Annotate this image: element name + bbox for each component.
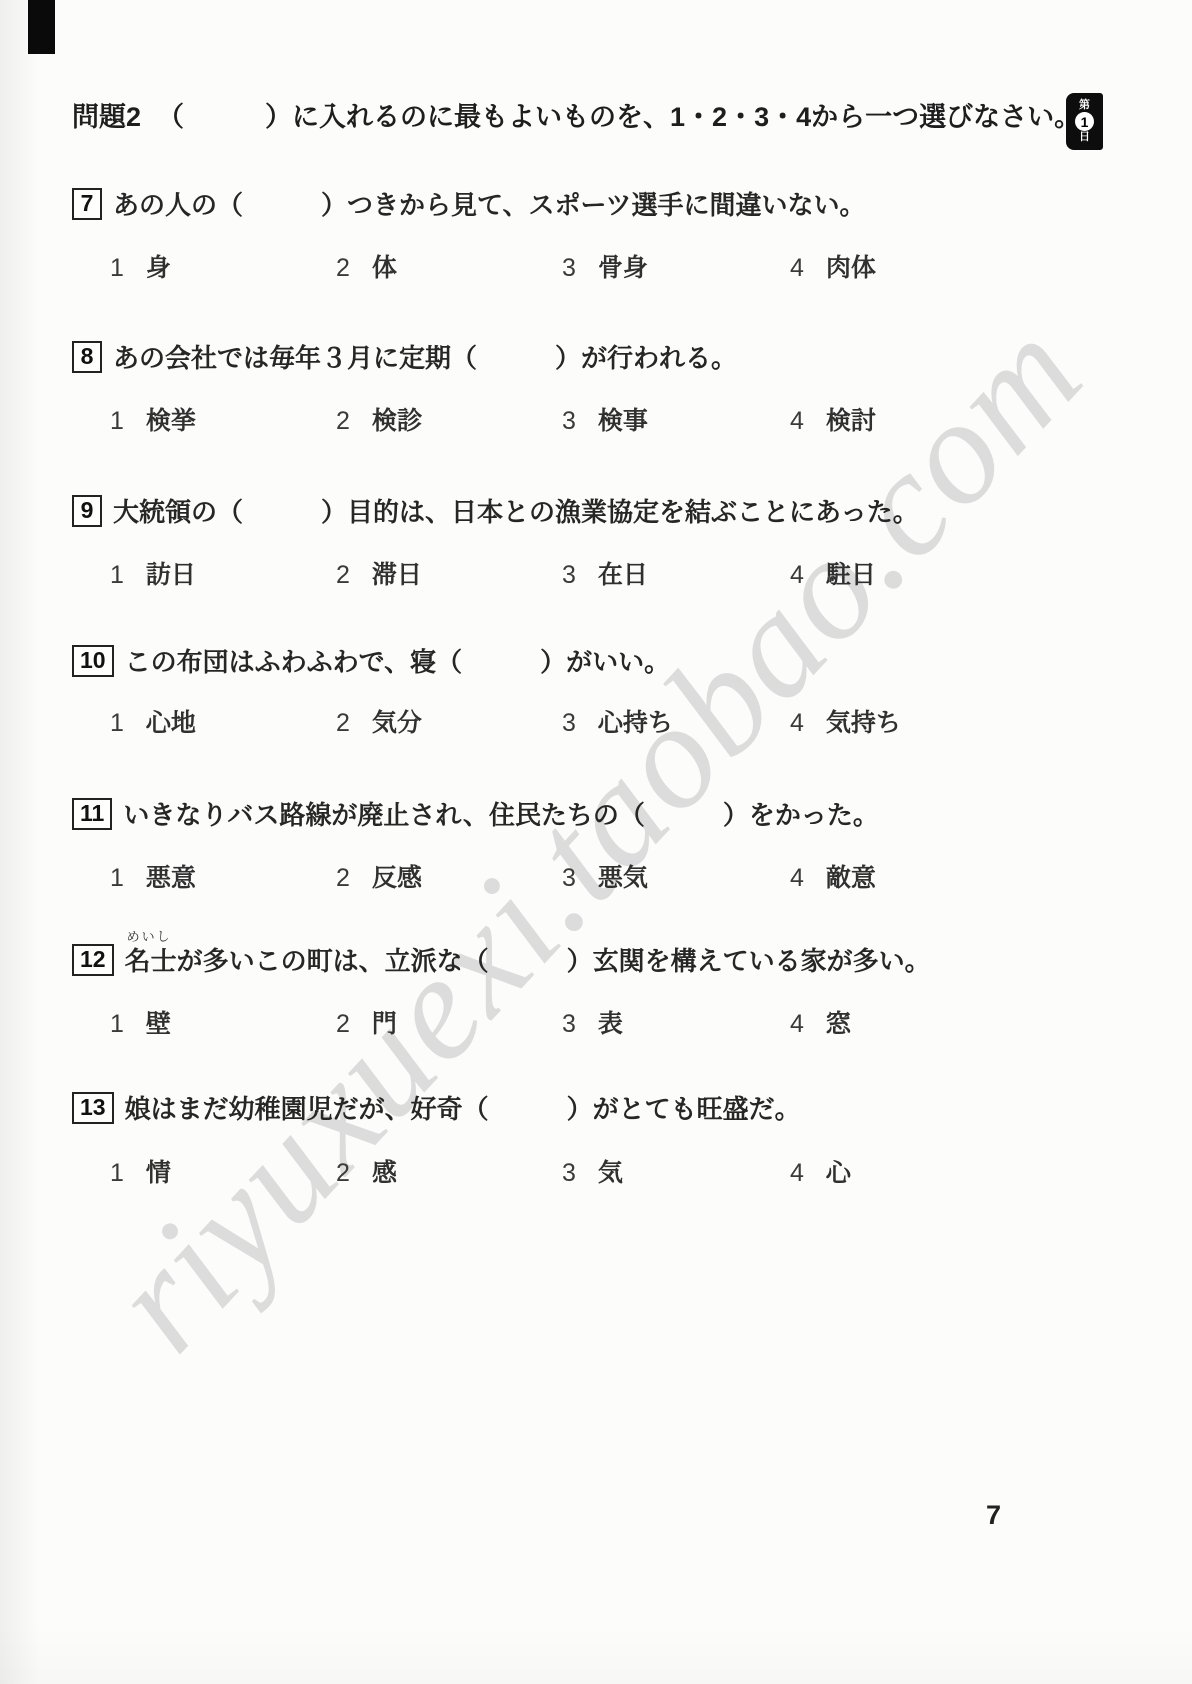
question-row: 7 あの人の（ ）つきから見て、スポーツ選手に間違いない。 [72,185,1112,222]
option-item: 4敵意 [790,858,876,894]
option-label: 情 [146,1153,171,1189]
question-row: 11 いきなりバス路線が廃止され、住民たちの（ ）をかった。 [72,795,1112,832]
question-text: あの会社では毎年３月に定期（ ）が行われる。 [113,338,737,375]
option-item: 1壁 [110,1004,171,1040]
option-number: 3 [562,407,576,436]
option-label: 壁 [146,1004,171,1040]
option-item: 3心持ち [562,703,673,739]
question-text: あの人の（ ）つきから見て、スポーツ選手に間違いない。 [113,185,865,222]
option-item: 3検事 [562,401,648,437]
option-label: 門 [372,1004,397,1040]
scan-corner-artifact [28,0,55,54]
option-item: 4検討 [790,401,876,437]
question-row: 9 大統領の（ ）目的は、日本との漁業協定を結ぶことにあった。 [72,492,1112,529]
question-row: 13 娘はまだ幼稚園児だが、好奇（ ）がとても旺盛だ。 [72,1089,1112,1126]
option-number: 3 [562,561,576,590]
option-number: 1 [110,254,124,283]
option-label: 検討 [826,401,876,437]
question-number-box: 8 [72,341,102,373]
options-row: 1訪日 2滞日 3在日 4駐日 [0,555,1100,591]
problem-instruction: （ ）に入れるのに最もよいものを、1・2・3・4から一つ選びなさい。 [157,95,1081,134]
question-number-box: 9 [72,495,102,527]
question-number-box: 10 [72,645,114,677]
question-number-box: 12 [72,944,114,976]
option-item: 2反感 [336,858,422,894]
test-page: 問題2 （ ）に入れるのに最もよいものを、1・2・3・4から一つ選びなさい。 7… [0,0,1192,1684]
option-number: 2 [336,709,350,738]
option-label: 心地 [146,703,196,739]
option-label: 滞日 [372,555,422,591]
option-number: 2 [336,864,350,893]
option-number: 3 [562,864,576,893]
option-label: 気 [598,1153,623,1189]
option-item: 2滞日 [336,555,422,591]
question-row: 12 めいし名士が多いこの町は、立派な（ ）玄関を構えている家が多い。 [72,941,1112,978]
option-label: 肉体 [826,248,876,284]
option-item: 3気 [562,1153,623,1189]
option-label: 窓 [826,1004,851,1040]
option-label: 駐日 [826,555,876,591]
option-label: 表 [598,1004,623,1040]
option-item: 2気分 [336,703,422,739]
question-text: 娘はまだ幼稚園児だが、好奇（ ）がとても旺盛だ。 [125,1089,801,1126]
question-text-body: 名士が多いこの町は、立派な（ ）玄関を構えている家が多い。 [125,946,931,976]
question-text: 大統領の（ ）目的は、日本との漁業協定を結ぶことにあった。 [113,492,919,529]
options-row: 1検挙 2検診 3検事 4検討 [0,401,1100,437]
option-item: 2体 [336,248,397,284]
option-number: 3 [562,1159,576,1188]
option-item: 2検診 [336,401,422,437]
option-item: 3骨身 [562,248,648,284]
option-number: 2 [336,407,350,436]
page-number: 7 [986,1500,1001,1531]
option-label: 検挙 [146,401,196,437]
option-item: 4気持ち [790,703,901,739]
options-row: 1心地 2気分 3心持ち 4気持ち [0,703,1100,739]
option-label: 検事 [598,401,648,437]
option-label: 訪日 [146,555,196,591]
option-item: 4駐日 [790,555,876,591]
option-item: 3表 [562,1004,623,1040]
option-item: 3在日 [562,555,648,591]
question-number-box: 7 [72,188,102,220]
option-label: 身 [146,248,171,284]
option-number: 2 [336,561,350,590]
option-number: 3 [562,1010,576,1039]
option-number: 1 [110,1159,124,1188]
option-number: 4 [790,254,804,283]
option-number: 4 [790,864,804,893]
option-number: 1 [110,1010,124,1039]
question-text: この布団はふわふわで、寝（ ）がいい。 [125,642,670,679]
option-number: 4 [790,561,804,590]
option-number: 3 [562,709,576,738]
day-tab-prefix: 第 [1079,100,1090,111]
option-number: 1 [110,407,124,436]
option-item: 1情 [110,1153,171,1189]
option-number: 2 [336,1010,350,1039]
option-item: 1悪意 [110,858,196,894]
option-label: 検診 [372,401,422,437]
option-label: 敵意 [826,858,876,894]
options-row: 1情 2感 3気 4心 [0,1153,1100,1189]
option-label: 悪意 [146,858,196,894]
option-number: 4 [790,1010,804,1039]
option-item: 4肉体 [790,248,876,284]
question-text: いきなりバス路線が廃止され、住民たちの（ ）をかった。 [123,795,879,832]
option-label: 骨身 [598,248,648,284]
option-number: 2 [336,1159,350,1188]
option-label: 感 [372,1153,397,1189]
option-number: 1 [110,561,124,590]
option-label: 気分 [372,703,422,739]
option-item: 1訪日 [110,555,196,591]
day-tab-suffix: 日 [1079,132,1090,143]
options-row: 1身 2体 3骨身 4肉体 [0,248,1100,284]
option-number: 1 [110,709,124,738]
option-item: 2感 [336,1153,397,1189]
question-number-box: 13 [72,1092,114,1124]
question-number-box: 11 [72,798,112,830]
option-label: 気持ち [826,703,901,739]
question-text: めいし名士が多いこの町は、立派な（ ）玄関を構えている家が多い。 [125,941,931,978]
question-row: 8 あの会社では毎年３月に定期（ ）が行われる。 [72,338,1112,375]
option-item: 1心地 [110,703,196,739]
option-number: 2 [336,254,350,283]
option-item: 2門 [336,1004,397,1040]
option-label: 体 [372,248,397,284]
day-tab-number: 1 [1075,112,1094,131]
option-label: 在日 [598,555,648,591]
option-label: 反感 [372,858,422,894]
option-label: 悪気 [598,858,648,894]
problem-label: 問題2 [72,95,141,134]
option-number: 4 [790,407,804,436]
option-item: 3悪気 [562,858,648,894]
option-label: 心持ち [598,703,673,739]
option-number: 3 [562,254,576,283]
option-item: 4心 [790,1153,851,1189]
option-number: 4 [790,709,804,738]
problem-header: 問題2 （ ）に入れるのに最もよいものを、1・2・3・4から一つ選びなさい。 [72,95,1072,134]
question-row: 10 この布団はふわふわで、寝（ ）がいい。 [72,642,1112,679]
option-label: 心 [826,1153,851,1189]
option-item: 1検挙 [110,401,196,437]
option-number: 1 [110,864,124,893]
options-row: 1悪意 2反感 3悪気 4敵意 [0,858,1100,894]
options-row: 1壁 2門 3表 4窓 [0,1004,1100,1040]
furigana: めいし [127,926,172,945]
day-tab: 第 1 日 [1066,93,1103,150]
option-item: 1身 [110,248,171,284]
option-number: 4 [790,1159,804,1188]
option-item: 4窓 [790,1004,851,1040]
